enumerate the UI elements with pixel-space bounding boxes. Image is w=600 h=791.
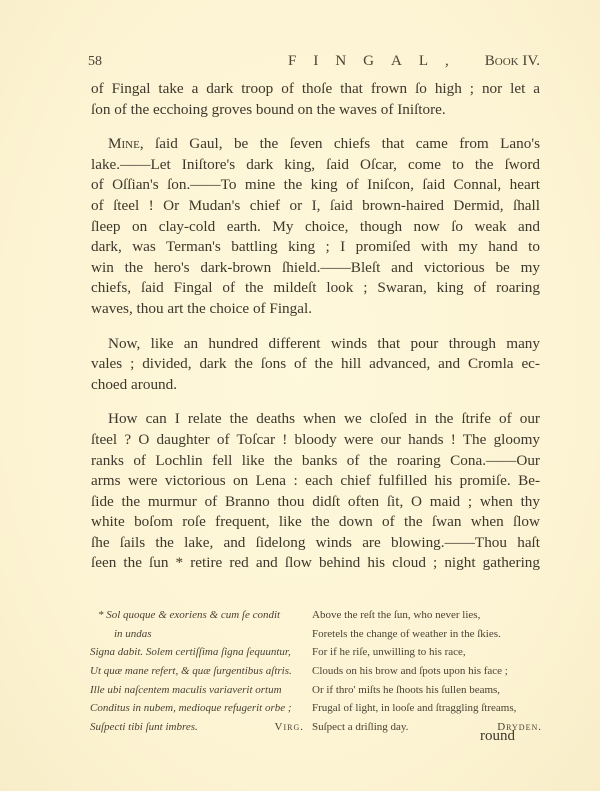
footnote-line: Or if thro' miſts he ſhoots his ſullen b… xyxy=(312,681,542,700)
lead-word: Mine, xyxy=(108,135,144,152)
footnote-line: Suſpecti tibi ſunt imbres.Virg. xyxy=(90,718,304,737)
text-line: ſleep on clay-cold earth. My choice, tho… xyxy=(91,217,540,238)
text-line: waves, thou art the choice of Fingal. xyxy=(91,299,540,320)
text-line: Now, like an hundred different winds tha… xyxy=(91,334,540,355)
text-line: of Oſſian's ſon.——To mine the king of In… xyxy=(91,175,540,196)
body-text: of Fingal take a dark troop of thoſe tha… xyxy=(91,79,540,574)
page-number: 58 xyxy=(88,54,102,70)
text-line: Mine, ſaid Gaul, be the ſeven chiefs tha… xyxy=(91,134,540,155)
text-line: vales ; divided, dark the ſons of the hi… xyxy=(91,354,540,375)
text-line: arms were victorious on Lena : each chie… xyxy=(91,471,540,492)
footnote-line: Above the reſt the ſun, who never lies, xyxy=(312,606,542,625)
footnote-line: Ut quæ mane refert, & quæ ſurgentibus aſ… xyxy=(90,662,304,681)
footnote-line: * Sol quoque & exoriens & cum ſe condit xyxy=(90,606,304,625)
text-line: ſhe ſails the lake, and ſidelong winds a… xyxy=(91,533,540,554)
footnote-line: in undas xyxy=(90,625,304,644)
text-line: ſeen the ſun * retire red and ſlow behin… xyxy=(91,553,540,574)
paragraph: How can I relate the deaths when we cloſ… xyxy=(91,409,540,574)
text-line: ranks of Lochlin fell like the banks of … xyxy=(91,451,540,472)
paragraph: Mine, ſaid Gaul, be the ſeven chiefs tha… xyxy=(91,134,540,319)
footnote-line: Conditus in nubem, medioque refugerit or… xyxy=(90,699,304,718)
footnote-line: Clouds on his brow and ſpots upon his fa… xyxy=(312,662,542,681)
footnote-line: Frugal of light, in looſe and ſtraggling… xyxy=(312,699,542,718)
catchword: round xyxy=(480,728,515,745)
footnote-latin: * Sol quoque & exoriens & cum ſe condit … xyxy=(90,606,304,737)
footnote-line: Foretels the change of weather in the ſk… xyxy=(312,625,542,644)
text-line: of Fingal take a dark troop of thoſe tha… xyxy=(91,79,540,100)
book-label: Book IV. xyxy=(485,53,540,70)
text-line: choed around. xyxy=(91,375,540,396)
latin-attribution: Virg. xyxy=(275,718,304,737)
text-line: ſide the murmur of Branno thou didſt oft… xyxy=(91,492,540,513)
running-title: FINGAL, xyxy=(288,53,466,70)
footnote-line: Ille ubi naſcentem maculis variaverit or… xyxy=(90,681,304,700)
footnote-line: Signa dabit. Solem certiſſima ſigna ſequ… xyxy=(90,643,304,662)
text-line: ſon of the ecchoing groves bound on the … xyxy=(91,100,540,121)
text-line: win the hero's dark-brown ſhield.——Bleſt… xyxy=(91,258,540,279)
text-line: dark, was Terman's battling king ; I pro… xyxy=(91,237,540,258)
footnote-english: Above the reſt the ſun, who never lies, … xyxy=(312,606,542,737)
book-page: 58 FINGAL, Book IV. of Fingal take a dar… xyxy=(0,0,600,791)
footnote-line: For if he riſe, unwilling to his race, xyxy=(312,643,542,662)
text-line: chiefs, ſaid Fingal of the mildeſt look … xyxy=(91,278,540,299)
text-line: lake.——Let Iniſtore's dark king, ſaid Oſ… xyxy=(91,155,540,176)
text-line: How can I relate the deaths when we cloſ… xyxy=(91,409,540,430)
running-head: 58 FINGAL, Book IV. xyxy=(88,53,540,73)
paragraph: of Fingal take a dark troop of thoſe tha… xyxy=(91,79,540,120)
text-line: of ſteel ! Or Mudan's chief or I, ſaid b… xyxy=(91,196,540,217)
text-line: white boſom roſe frequent, like the down… xyxy=(91,512,540,533)
paragraph: Now, like an hundred different winds tha… xyxy=(91,334,540,396)
text-line: ſteel ? O daughter of Toſcar ! bloody we… xyxy=(91,430,540,451)
